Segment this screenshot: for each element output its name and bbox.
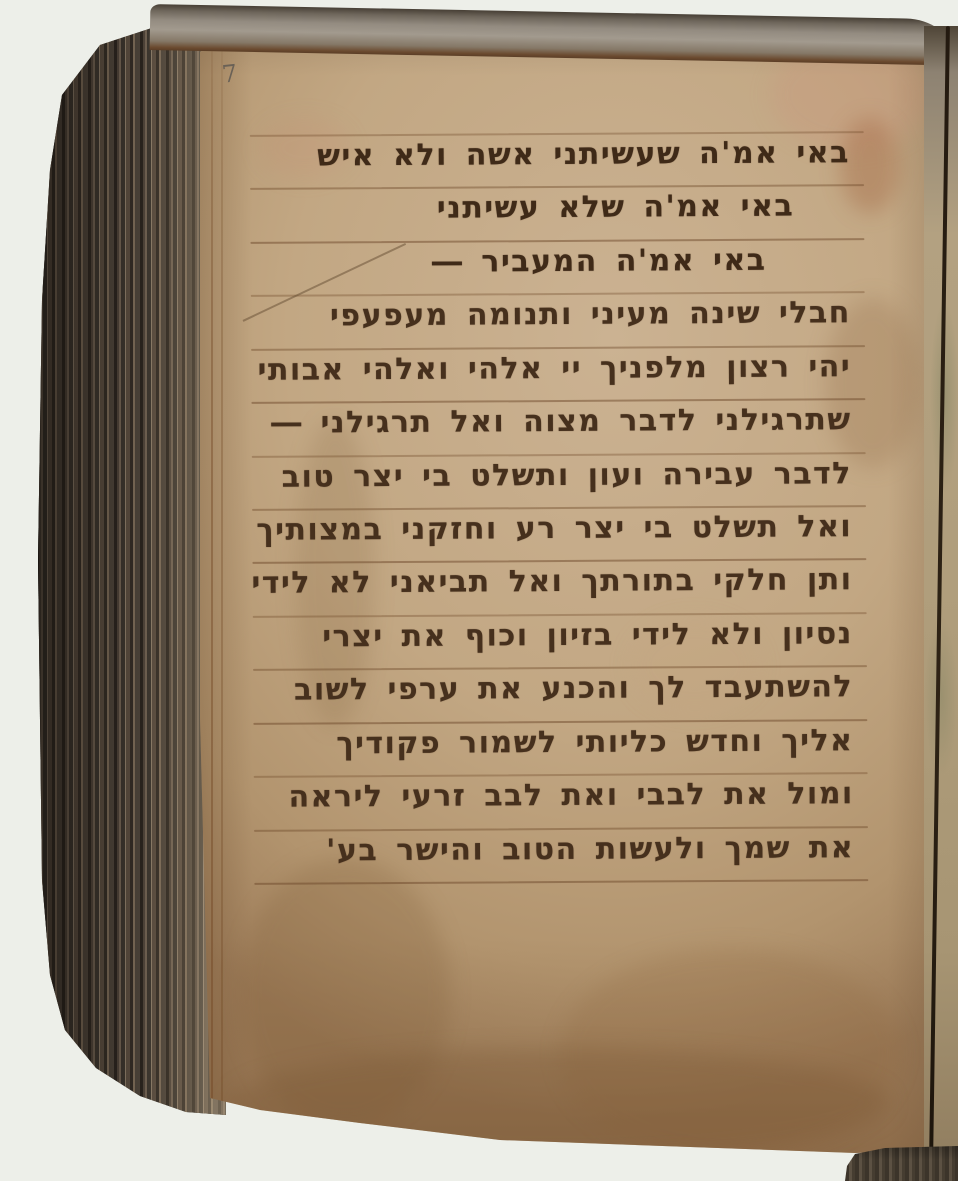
manuscript-line: ומול את לבבי ואת לבב זרעי ליראה xyxy=(288,771,854,820)
manuscript-line: ואל תשלט בי יצר רע וחזקני במצותיך xyxy=(256,504,852,554)
manuscript-photo: באי אמ'ה שעשיתני אשה ולא אישבאי אמ'ה שלא… xyxy=(0,0,958,1181)
manuscript-line: ותן חלקי בתורתך ואל תביאני לא לידי xyxy=(251,557,852,607)
manuscript-line: חבלי שינה מעיני ותנומה מעפעפי xyxy=(330,290,851,339)
manuscript-line: באי אמ'ה שעשיתני אשה ולא איש xyxy=(317,130,850,179)
ruling-lines xyxy=(0,0,955,3)
folio-number: 7 xyxy=(221,59,239,88)
manuscript-line: שתרגילני לדבר מצוה ואל תרגילני ― xyxy=(271,397,852,447)
manuscript-line: לדבר עבירה ועון ותשלט בי יצר טוב xyxy=(282,451,852,500)
manuscript-line: להשתעבד לך והכנע את ערפי לשוב xyxy=(294,664,853,713)
ruling-line xyxy=(254,879,868,884)
text-block: באי אמ'ה שעשיתני אשה ולא אישבאי אמ'ה שלא… xyxy=(0,0,958,1181)
manuscript-line: אליך וחדש כליותי לשמור פקודיך xyxy=(336,718,853,767)
manuscript-line: באי אמ'ה שלא עשיתני xyxy=(437,184,795,232)
manuscript-line: את שמך ולעשות הטוב והישר בע' xyxy=(326,825,854,874)
manuscript-line: נסיון ולא לידי בזיון וכוף את יצרי xyxy=(322,611,853,660)
manuscript-text: באי אמ'ה שעשיתני אשה ולא אישבאי אמ'ה שלא… xyxy=(0,0,955,3)
manuscript-line: יהי רצון מלפניך יי אלהי ואלהי אבותי xyxy=(257,344,851,394)
manuscript-line: באי אמ'ה המעביר ― xyxy=(432,238,767,286)
